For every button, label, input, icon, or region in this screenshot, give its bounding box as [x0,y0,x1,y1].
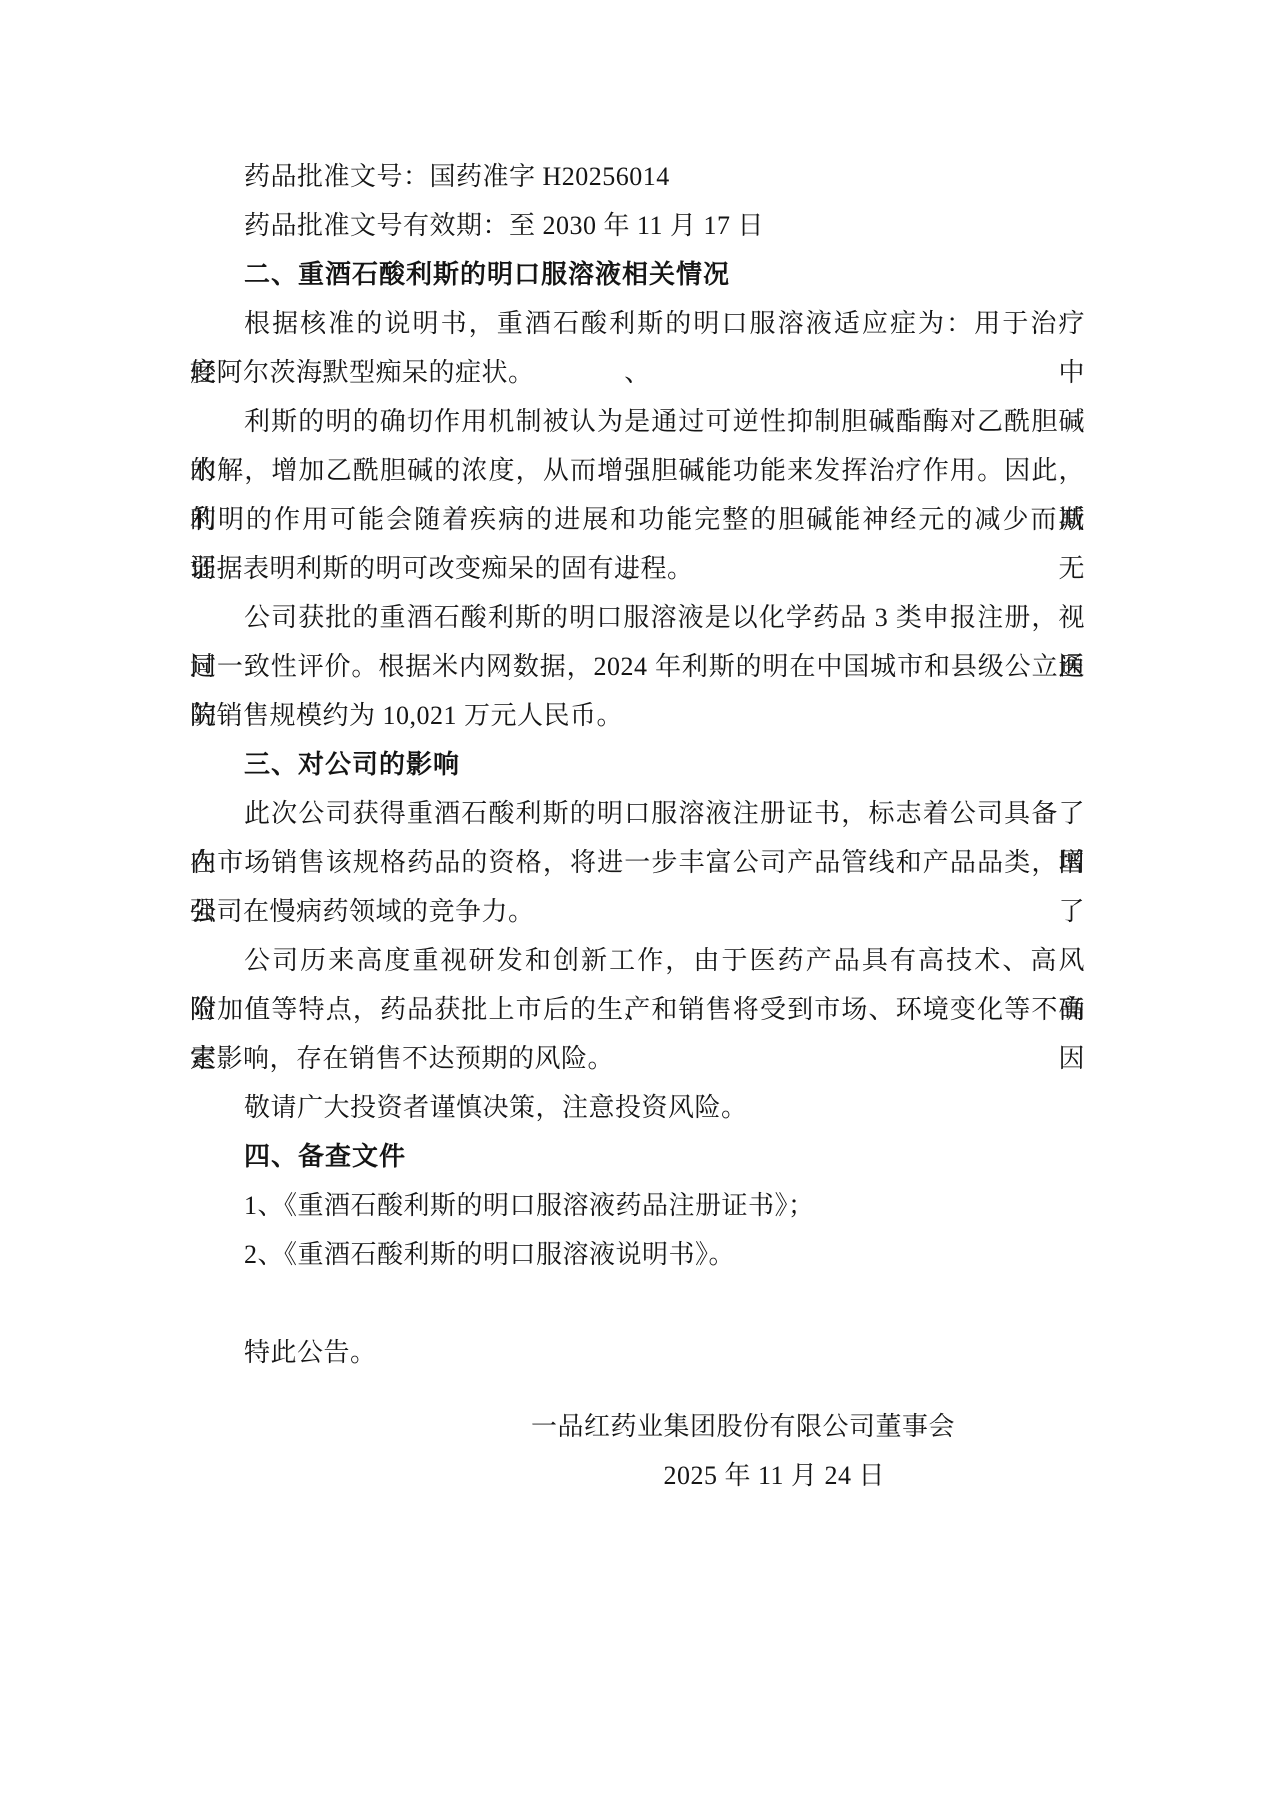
body-line: 公司获批的重酒石酸利斯的明口服溶液是以化学药品 3 类申报注册，视同通 [190,593,1085,642]
body-line: 的明的作用可能会随着疾病的进展和功能完整的胆碱能神经元的减少而减弱。无 [190,495,1085,544]
body-line: 内市场销售该规格药品的资格，将进一步丰富公司产品管线和产品品类，增强了 [190,838,1085,887]
approval-number-line: 药品批准文号：国药准字 H20256014 [190,152,1085,201]
section-heading-3: 三、对公司的影响 [190,740,1085,789]
body-line: 水解，增加乙酰胆碱的浓度，从而增强胆碱能功能来发挥治疗作用。因此，利斯 [190,446,1085,495]
blank-line [190,1279,1085,1328]
section-heading-4: 四、备查文件 [190,1132,1085,1181]
document-page: 药品批准文号：国药准字 H20256014药品批准文号有效期：至 2030 年 … [0,0,1269,1795]
body-line: 利斯的明的确切作用机制被认为是通过可逆性抑制胆碱酯酶对乙酰胆碱的 [190,397,1085,446]
body-line: 过一致性评价。根据米内网数据，2024 年利斯的明在中国城市和县级公立医院 [190,642,1085,691]
body-line: 敬请广大投资者谨慎决策，注意投资风险。 [190,1083,1085,1132]
section-heading-2: 二、重酒石酸利斯的明口服溶液相关情况 [190,250,1085,299]
body-line: 的销售规模约为 10,021 万元人民币。 [190,691,1085,740]
closing-line: 特此公告。 [190,1328,1085,1377]
reference-doc-2: 2、《重酒石酸利斯的明口服溶液说明书》。 [190,1230,1085,1279]
reference-doc-1: 1、《重酒石酸利斯的明口服溶液药品注册证书》； [190,1181,1085,1230]
body-line: 此次公司获得重酒石酸利斯的明口服溶液注册证书，标志着公司具备了在国 [190,789,1085,838]
body-line: 附加值等特点，药品获批上市后的生产和销售将受到市场、环境变化等不确定因 [190,985,1085,1034]
body-line: 公司历来高度重视研发和创新工作，由于医药产品具有高技术、高风险、高 [190,936,1085,985]
signature-company: 一品红药业集团股份有限公司董事会 [190,1402,1085,1451]
document-content: 药品批准文号：国药准字 H20256014药品批准文号有效期：至 2030 年 … [190,152,1085,1500]
signature-date: 2025 年 11 月 24 日 [190,1451,1085,1500]
approval-validity-line: 药品批准文号有效期：至 2030 年 11 月 17 日 [190,201,1085,250]
body-line: 根据核准的说明书，重酒石酸利斯的明口服溶液适应症为：用于治疗轻、中 [190,299,1085,348]
